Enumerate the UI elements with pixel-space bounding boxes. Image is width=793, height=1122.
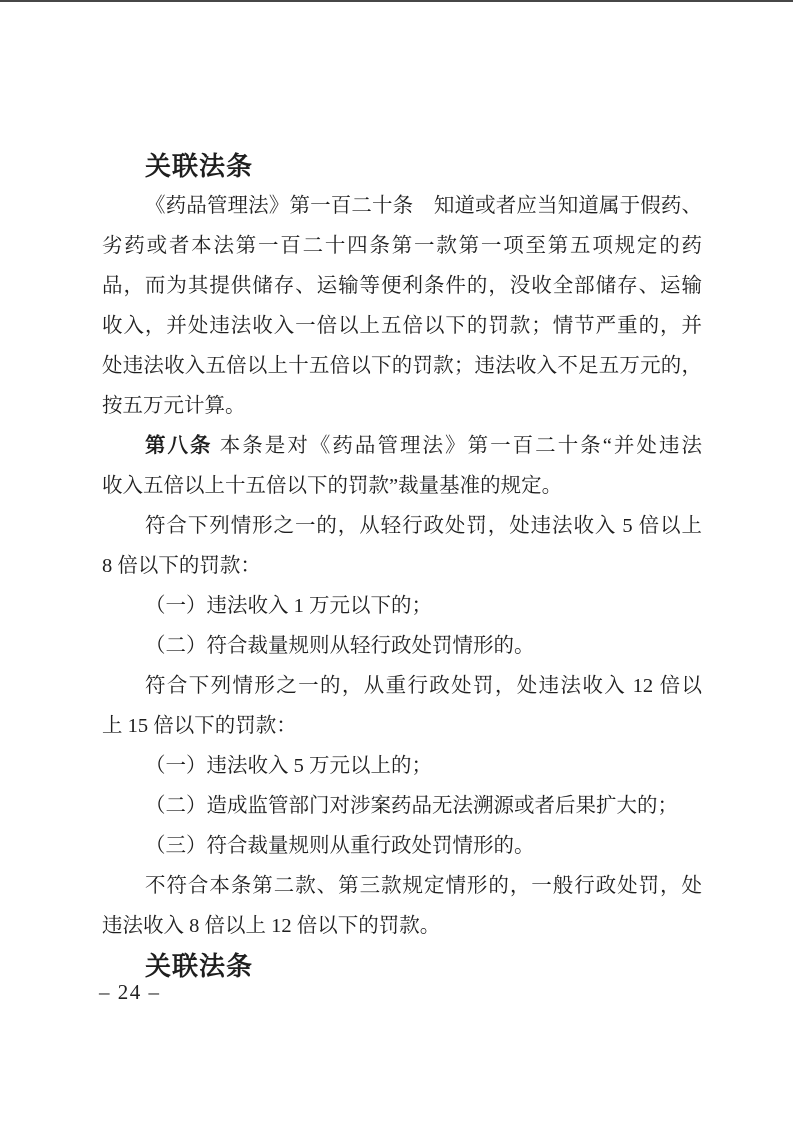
text-run: 8 倍以下的罚款： <box>102 555 261 577</box>
scan-top-edge-artifact <box>0 0 793 2</box>
text-run: 符合下列情形之一的，从重行政处罚，处违法收入 12 倍以 <box>145 675 702 697</box>
lenient-penalty-intro: 符合下列情形之一的，从轻行政处罚，处违法收入 5 倍以上8 倍以下的罚款： <box>102 506 702 586</box>
law-article-120-paragraph-line: 处违法收入五倍以上十五倍以下的罚款；违法收入不足五万元的， <box>102 346 702 386</box>
text-run: 本条是对《药品管理法》第一百二十条“并处违法 <box>213 435 702 457</box>
heavier-item-1-line: （一）违法收入 5 万元以上的； <box>102 746 702 786</box>
law-article-120-paragraph: 《药品管理法》第一百二十条 知道或者应当知道属于假药、劣药或者本法第一百二十四条… <box>102 186 702 426</box>
bold-text-run: 第八条 <box>145 434 213 457</box>
lenient-item-1-line: （一）违法收入 1 万元以下的； <box>102 586 702 626</box>
heavier-item-1: （一）违法收入 5 万元以上的； <box>102 746 702 786</box>
general-penalty-paragraph: 不符合本条第二款、第三款规定情形的，一般行政处罚，处违法收入 8 倍以上 12 … <box>102 866 702 946</box>
text-run: 不符合本条第二款、第三款规定情形的，一般行政处罚，处 <box>145 875 702 897</box>
law-article-120-paragraph-line: 《药品管理法》第一百二十条 知道或者应当知道属于假药、 <box>102 186 702 226</box>
heavier-item-2-line: （二）造成监管部门对涉案药品无法溯源或者后果扩大的； <box>102 786 702 826</box>
text-run: 上 15 倍以下的罚款： <box>102 715 297 737</box>
text-run: 违法收入 8 倍以上 12 倍以下的罚款。 <box>102 915 440 937</box>
text-run: 处违法收入五倍以上十五倍以下的罚款；违法收入不足五万元的， <box>102 355 702 377</box>
text-run: 收入，并处违法收入一倍以上五倍以下的罚款；情节严重的，并 <box>102 315 702 337</box>
law-article-120-paragraph-line: 劣药或者本法第一百二十四条第一款第一项至第五项规定的药 <box>102 226 702 266</box>
law-article-120-paragraph-line: 按五万元计算。 <box>102 386 702 426</box>
text-run: 劣药或者本法第一百二十四条第一款第一项至第五项规定的药 <box>102 235 702 257</box>
lenient-penalty-intro-line: 8 倍以下的罚款： <box>102 546 702 586</box>
heavier-item-2: （二）造成监管部门对涉案药品无法溯源或者后果扩大的； <box>102 786 702 826</box>
heavier-penalty-intro-line: 上 15 倍以下的罚款： <box>102 706 702 746</box>
lenient-item-2: （二）符合裁量规则从轻行政处罚情形的。 <box>102 626 702 666</box>
text-run: （三）符合裁量规则从重行政处罚情形的。 <box>145 835 535 857</box>
general-penalty-paragraph-line: 不符合本条第二款、第三款规定情形的，一般行政处罚，处 <box>102 866 702 906</box>
heavier-item-3-line: （三）符合裁量规则从重行政处罚情形的。 <box>102 826 702 866</box>
article-8-paragraph-line: 收入五倍以上十五倍以下的罚款”裁量基准的规定。 <box>102 466 702 506</box>
heavier-penalty-intro: 符合下列情形之一的，从重行政处罚，处违法收入 12 倍以上 15 倍以下的罚款： <box>102 666 702 746</box>
lenient-item-1: （一）违法收入 1 万元以下的； <box>102 586 702 626</box>
general-penalty-paragraph-line: 违法收入 8 倍以上 12 倍以下的罚款。 <box>102 906 702 946</box>
text-run: 按五万元计算。 <box>102 395 246 417</box>
text-run: 品，而为其提供储存、运输等便利条件的，没收全部储存、运输 <box>102 275 702 297</box>
article-8-paragraph-line: 第八条 本条是对《药品管理法》第一百二十条“并处违法 <box>102 426 702 466</box>
lenient-penalty-intro-line: 符合下列情形之一的，从轻行政处罚，处违法收入 5 倍以上 <box>102 506 702 546</box>
text-run: （一）违法收入 1 万元以下的； <box>145 595 432 617</box>
lenient-item-2-line: （二）符合裁量规则从轻行政处罚情形的。 <box>102 626 702 666</box>
text-run: 符合下列情形之一的，从轻行政处罚，处违法收入 5 倍以上 <box>145 515 702 537</box>
law-article-120-paragraph-line: 品，而为其提供储存、运输等便利条件的，没收全部储存、运输 <box>102 266 702 306</box>
text-run: 收入五倍以上十五倍以下的罚款”裁量基准的规定。 <box>102 475 562 497</box>
document-text-block: 关联法条《药品管理法》第一百二十条 知道或者应当知道属于假药、劣药或者本法第一百… <box>102 146 702 986</box>
related-provisions-heading-bottom: 关联法条 <box>102 946 702 986</box>
text-run: （一）违法收入 5 万元以上的； <box>145 755 432 777</box>
article-8-paragraph: 第八条 本条是对《药品管理法》第一百二十条“并处违法收入五倍以上十五倍以下的罚款… <box>102 426 702 506</box>
text-run: （二）符合裁量规则从轻行政处罚情形的。 <box>145 635 535 657</box>
related-provisions-heading-top: 关联法条 <box>102 146 702 186</box>
heavier-penalty-intro-line: 符合下列情形之一的，从重行政处罚，处违法收入 12 倍以 <box>102 666 702 706</box>
heavier-item-3: （三）符合裁量规则从重行政处罚情形的。 <box>102 826 702 866</box>
text-run: （二）造成监管部门对涉案药品无法溯源或者后果扩大的； <box>145 795 678 817</box>
law-article-120-paragraph-line: 收入，并处违法收入一倍以上五倍以下的罚款；情节严重的，并 <box>102 306 702 346</box>
text-run: 《药品管理法》第一百二十条 知道或者应当知道属于假药、 <box>145 195 702 217</box>
page-number: – 24 – <box>99 980 161 1005</box>
